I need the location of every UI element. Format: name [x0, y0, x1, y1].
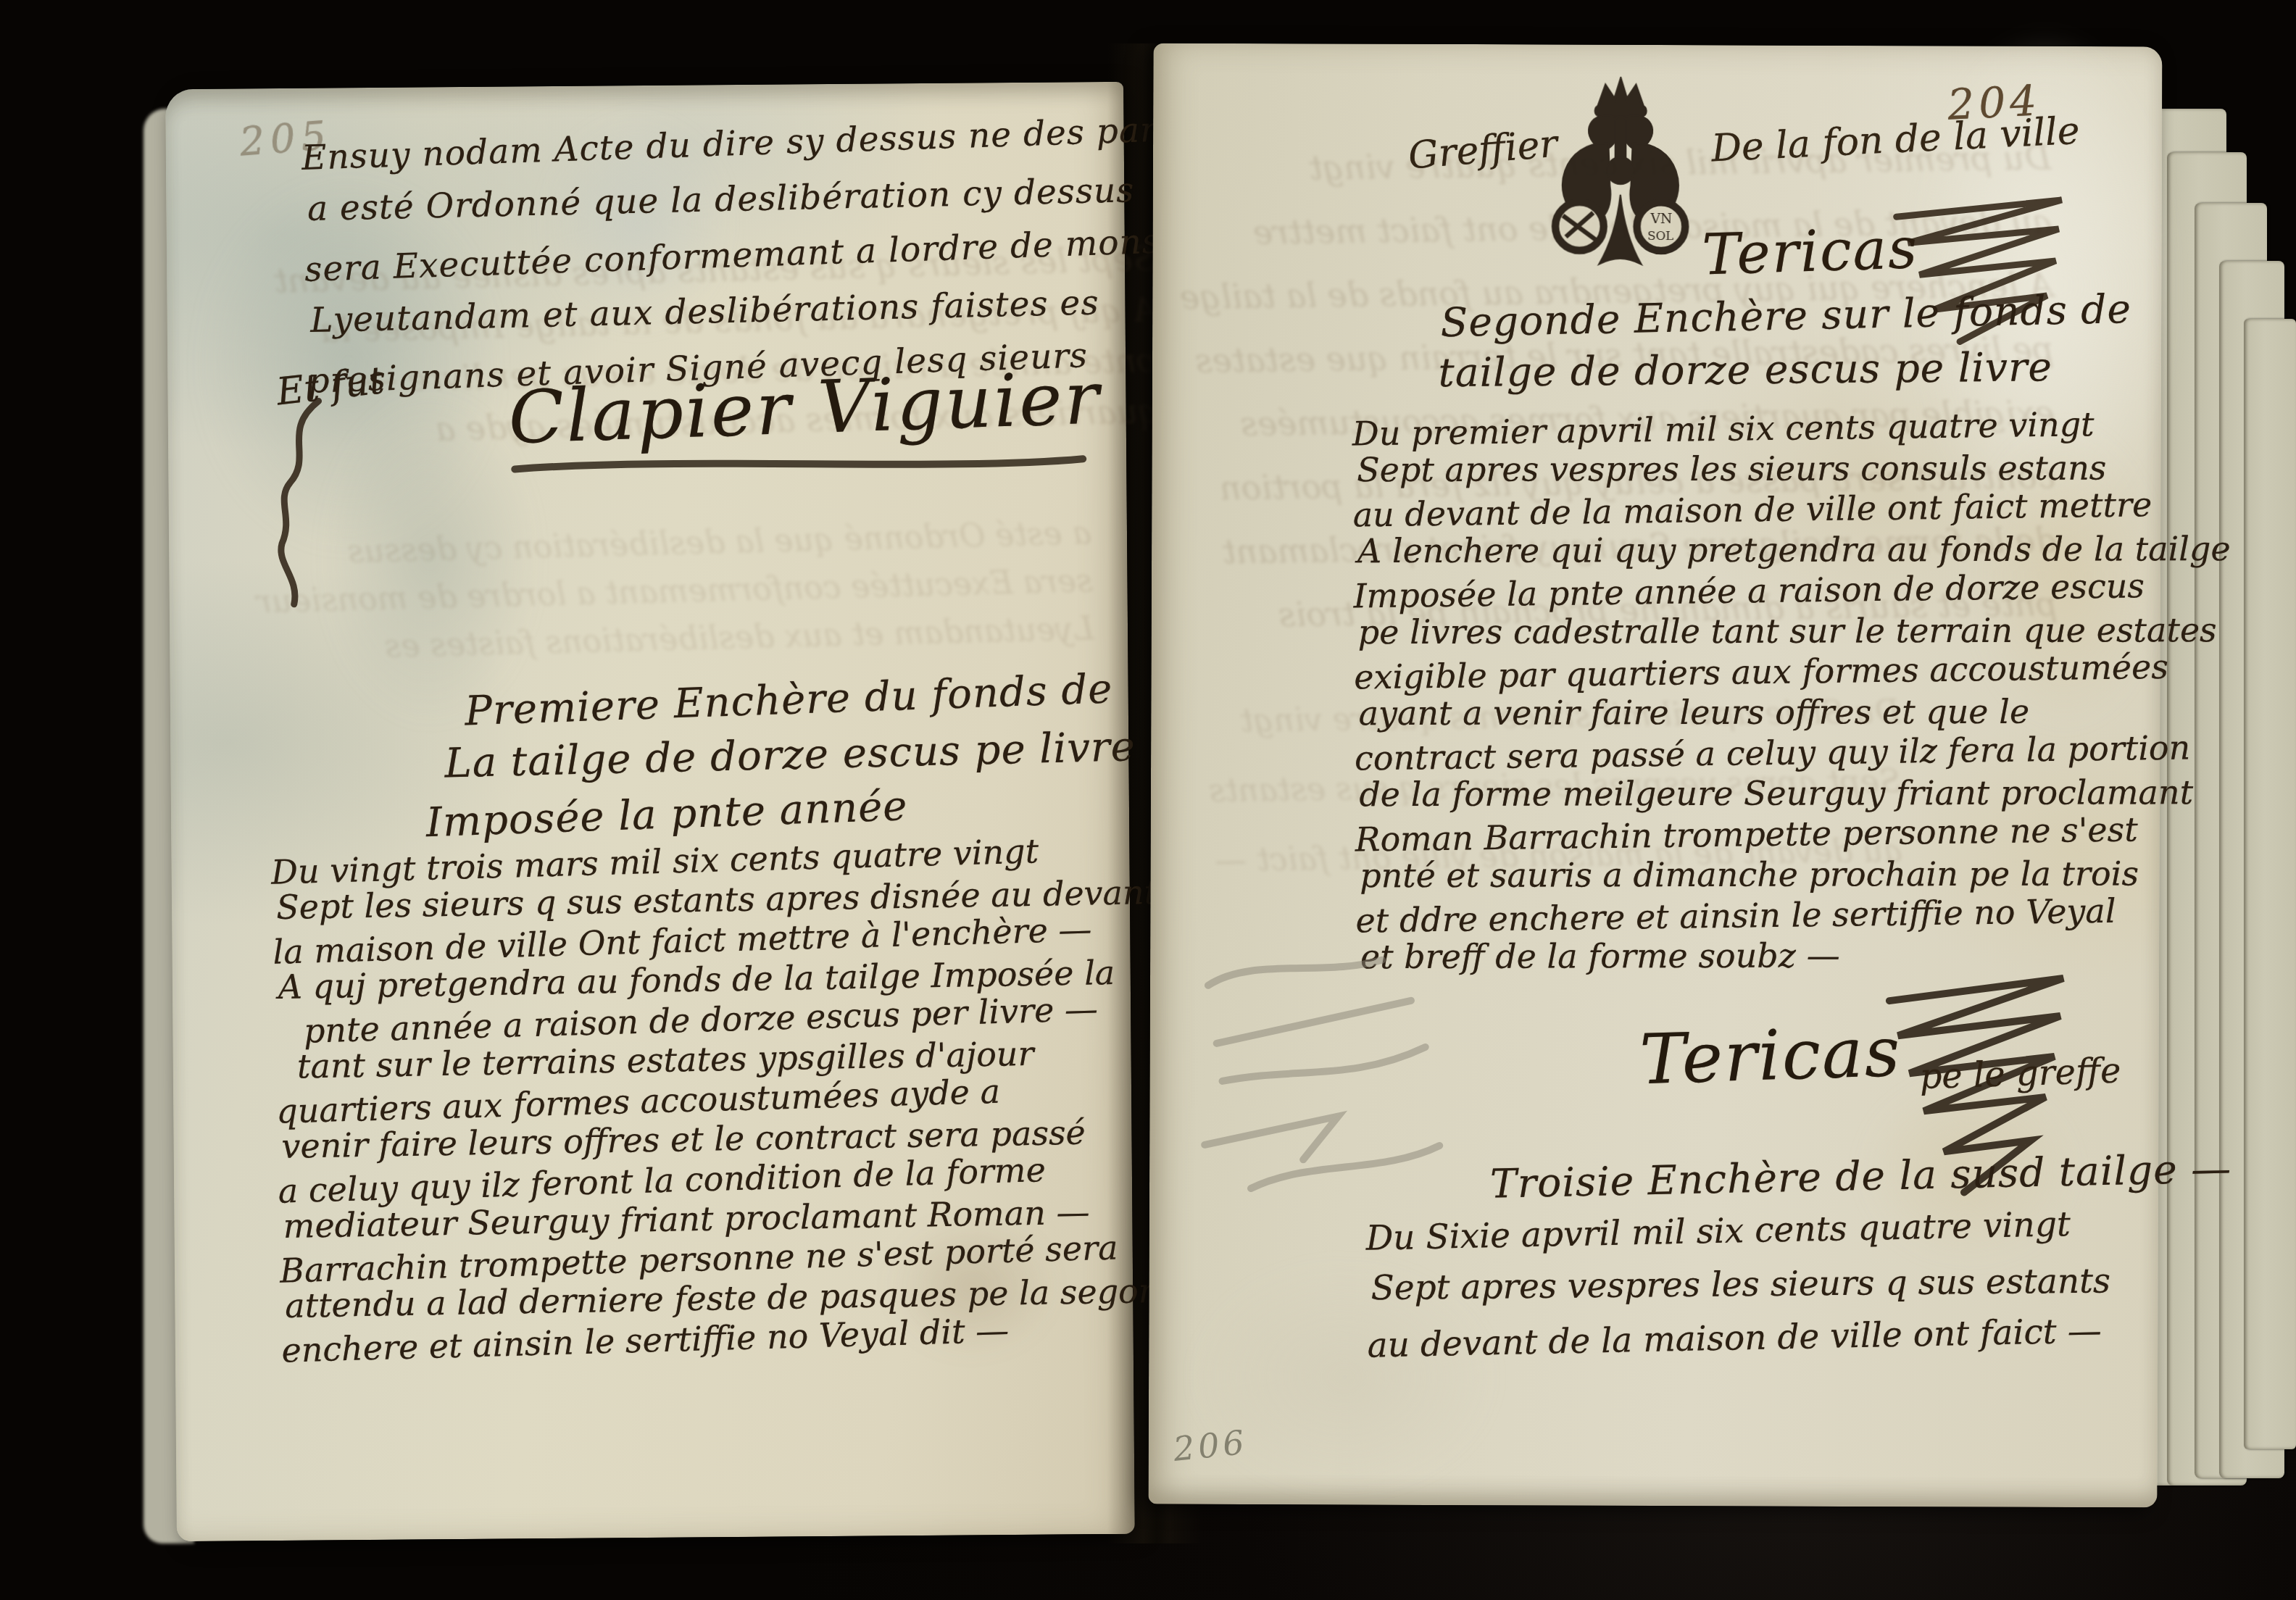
- greffier-label: Greffier: [1407, 122, 1560, 178]
- manuscript-line: A lenchere qui quy pretgendra au fonds d…: [1357, 528, 2231, 571]
- pencil-scribble-icon: [1164, 942, 1469, 1218]
- manuscript-line: Imposée la pnte année a raison de dorze …: [1353, 564, 2226, 617]
- manuscript-line: exigible par quartiers aux formes accous…: [1354, 646, 2227, 698]
- damp-stain: [320, 391, 540, 725]
- ghost-line: sera Executtée conformemant a lordre de …: [256, 557, 1093, 626]
- ghost-line: Lyeutandam et aux deslibérations faistes…: [257, 605, 1094, 674]
- ghost-line: au devant de la maison de ville ont faic…: [1178, 189, 2052, 265]
- first-enchere-paragraph: Du vingt trois mars mil six cents quatre…: [270, 830, 1197, 1367]
- manuscript-line: et breff de la forme soubz —: [1360, 934, 2234, 977]
- manuscript-line: au devant de la maison de ville ont faic…: [1367, 1304, 2108, 1372]
- third-enchere-heading: Troisie Enchère de la susd tailge —: [1490, 1145, 2232, 1207]
- tax-stamp-icon: VN SOL: [1529, 76, 1711, 280]
- manuscript-line: et ddre enchere et ainsin le sertiffie n…: [1355, 889, 2229, 941]
- first-enchere-heading: Premiere Enchère du fonds de La tailge d…: [464, 663, 1134, 847]
- manuscript-line: Sept apres vespres les sieurs consuls es…: [1357, 447, 2230, 490]
- stamp-text-sol: SOL: [1647, 229, 1673, 243]
- manuscript-scan: Sept les sieurs q sus estants apres disn…: [0, 0, 2296, 1600]
- third-enchere-paragraph: Du Sixie apvril mil six cents quatre vin…: [1365, 1199, 2108, 1370]
- manuscript-line: contract sera passé a celuy quy ilz fera…: [1355, 727, 2228, 779]
- manuscript-line: au devant de la maison de ville ont faic…: [1352, 483, 2226, 536]
- fore-edge-sheet: [2244, 319, 2296, 1449]
- signature-tericas-mid: Tericas: [1639, 1012, 1902, 1100]
- manuscript-line: ayant a venir faire leurs offres et que …: [1359, 691, 2232, 733]
- right-page: Du premier apvril mil six cents quatre v…: [1148, 43, 2162, 1508]
- heading-line: tailge de dorze escus pe livre: [1438, 339, 2137, 399]
- second-enchere-paragraph: Du premier apvril mil six cents quatre v…: [1352, 404, 2229, 978]
- manuscript-line: pe livres cadestralle tant sur le terrai…: [1358, 609, 2231, 652]
- manuscript-line: pnté et sauris a dimanche prochain pe la…: [1360, 853, 2233, 896]
- signature-suffix: pe le greffe: [1919, 1050, 2122, 1097]
- stamp-inscription: De la fon de la ville: [1710, 109, 2081, 171]
- heading-line: Segonde Enchère sur le fonds de: [1440, 282, 2132, 349]
- left-page: Sept les sieurs q sus estants apres disn…: [165, 82, 1135, 1541]
- pencil-folio-206: 206: [1171, 1422, 1249, 1469]
- brace-flourish-icon: [260, 392, 349, 610]
- stamp-text-vn: VN: [1650, 212, 1672, 227]
- manuscript-line: Roman Barrachin trompette personne ne s'…: [1355, 808, 2228, 860]
- manuscript-line: de la forme meilgeure Seurguy friant pro…: [1359, 772, 2232, 814]
- signature-tericas-top: Tericas: [1701, 216, 1919, 288]
- ghost-line: a esté Ordonné que la deslibération cy d…: [254, 509, 1091, 578]
- second-enchere-heading: Segonde Enchère sur le fonds de tailge d…: [1440, 284, 2132, 401]
- manuscript-line: Du premier apvril mil six cents quatre v…: [1352, 402, 2226, 454]
